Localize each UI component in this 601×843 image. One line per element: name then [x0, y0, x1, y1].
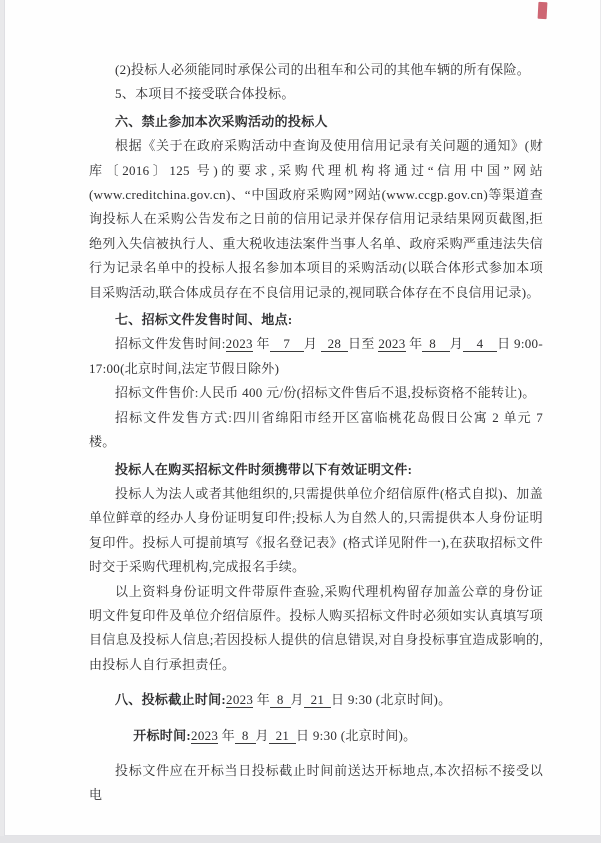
text-segment: 投标人在购买招标文件时须携带以下有效证明文件: — [115, 462, 412, 477]
text-segment: 月 — [291, 692, 304, 707]
filled-blank-value: 8 — [270, 692, 290, 708]
text-segment: 日 9:30 (北京时间)。 — [296, 728, 416, 743]
text-segment: 开标时间: — [133, 728, 191, 743]
paragraph-p7: 招标文件售价:人民币 400 元/份(招标文件售后不退,投标资格不能转让)。 — [89, 381, 543, 405]
paragraph-p10: 投标人为法人或者其他组织的,只需提供单位介绍信原件(格式自拟)、加盖单位鲜章的经… — [89, 482, 543, 580]
text-segment: 5、本项目不接受联合体投标。 — [115, 86, 295, 101]
paragraph-p5: 七、招标文件发售时间、地点: — [89, 308, 543, 332]
paragraph-p2: 5、本项目不接受联合体投标。 — [89, 82, 543, 106]
text-segment: 六、禁止参加本次采购活动的投标人 — [115, 114, 328, 129]
text-segment: 七、招标文件发售时间、地点: — [115, 312, 293, 327]
paragraph-p12: 八、投标截止时间:2023 年 8 月 21 日 9:30 (北京时间)。 — [89, 688, 543, 712]
text-segment: 月 — [304, 336, 321, 351]
filled-blank-value: 2023 — [226, 692, 253, 708]
text-segment: 招标文件售价:人民币 400 元/份(招标文件售后不退,投标资格不能转让)。 — [115, 385, 536, 400]
scan-edge-bottom — [0, 836, 601, 843]
text-segment: 年 — [253, 692, 270, 707]
text-segment: 日 9:30 (北京时间)。 — [331, 692, 451, 707]
filled-blank-value: 4 — [463, 336, 497, 352]
paragraph-p9: 投标人在购买招标文件时须携带以下有效证明文件: — [89, 458, 543, 482]
paragraph-p14: 投标文件应在开标当日投标截止时间前送达开标地点,本次招标不接受以电 — [89, 759, 543, 808]
filled-blank-value: 8 — [422, 336, 449, 352]
text-segment: 八、投标截止时间: — [115, 692, 226, 707]
document-page: (2)投标人必须能同时承保公司的出租车和公司的其他车辆的所有保险。5、本项目不接… — [4, 0, 600, 836]
text-segment: 月 — [450, 336, 463, 351]
filled-blank-value: 7 — [270, 336, 304, 352]
text-segment: 年 — [253, 336, 270, 351]
filled-blank-value: 2023 — [378, 336, 405, 352]
paragraph-p11: 以上资料身份证明文件带原件查验,采购代理机构留存加盖公章的身份证明文件复印件及单… — [89, 580, 543, 678]
filled-blank-value: 2023 — [191, 728, 218, 744]
paragraph-p1: (2)投标人必须能同时承保公司的出租车和公司的其他车辆的所有保险。 — [89, 58, 543, 82]
paragraph-p8: 招标文件发售方式:四川省绵阳市经开区富临桃花岛假日公寓 2 单元 7 楼。 — [89, 406, 543, 455]
filled-blank-value: 2023 — [226, 336, 253, 352]
paragraph-p4: 根据《关于在政府采购活动中查询及使用信用记录有关问题的通知》(财库〔2016〕1… — [89, 134, 543, 305]
filled-blank-value: 8 — [235, 728, 255, 744]
text-segment: (2)投标人必须能同时承保公司的出租车和公司的其他车辆的所有保险。 — [115, 62, 530, 77]
text-segment: 年 — [406, 336, 423, 351]
text-segment: 日至 — [348, 336, 378, 351]
text-segment: 年 — [218, 728, 235, 743]
scanned-document: (2)投标人必须能同时承保公司的出租车和公司的其他车辆的所有保险。5、本项目不接… — [0, 0, 601, 843]
filled-blank-value: 21 — [269, 728, 296, 744]
text-segment: 投标人为法人或者其他组织的,只需提供单位介绍信原件(格式自拟)、加盖单位鲜章的经… — [89, 486, 543, 574]
text-segment: 招标文件发售时间: — [115, 336, 226, 351]
document-body: (2)投标人必须能同时承保公司的出租车和公司的其他车辆的所有保险。5、本项目不接… — [89, 58, 543, 808]
paragraph-p6: 招标文件发售时间:2023 年 7 月 28 日至 2023 年 8 月 4 日… — [89, 332, 543, 381]
red-pen-mark-icon — [538, 2, 548, 19]
text-segment: 投标文件应在开标当日投标截止时间前送达开标地点,本次招标不接受以电 — [89, 763, 543, 802]
filled-blank-value: 28 — [321, 336, 348, 352]
paragraph-p3: 六、禁止参加本次采购活动的投标人 — [89, 110, 543, 134]
paragraph-p13: 开标时间:2023 年 8 月 21 日 9:30 (北京时间)。 — [89, 724, 543, 748]
text-segment: 招标文件发售方式:四川省绵阳市经开区富临桃花岛假日公寓 2 单元 7 楼。 — [89, 410, 543, 449]
text-segment: 根据《关于在政府采购活动中查询及使用信用记录有关问题的通知》(财库〔2016〕1… — [89, 138, 543, 299]
text-segment: 月 — [256, 728, 269, 743]
filled-blank-value: 21 — [304, 692, 331, 708]
text-segment: 以上资料身份证明文件带原件查验,采购代理机构留存加盖公章的身份证明文件复印件及单… — [89, 584, 543, 672]
